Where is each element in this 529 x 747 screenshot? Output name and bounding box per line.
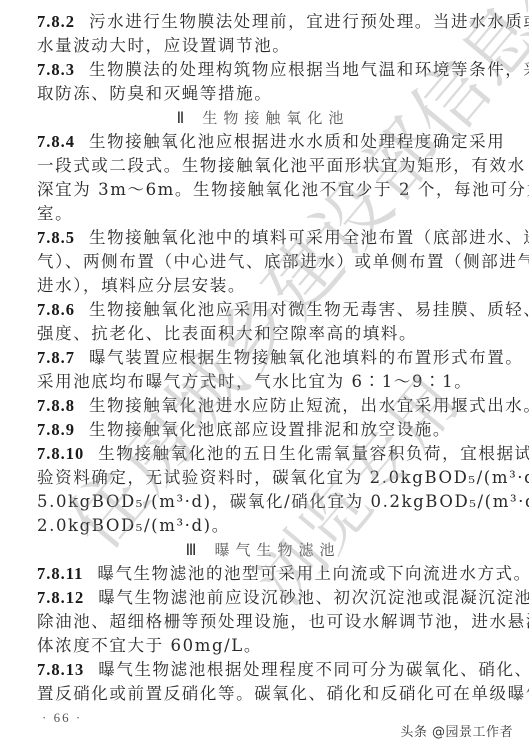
text-line: 取防冻、防臭和灭蝇等措施。 — [37, 82, 489, 106]
source-credit: 头条 @园景工作者 — [400, 721, 513, 740]
body-text: 验资料确定，无试验资料时，碳氧化宜为 2.0kgBOD₅/(m³·d)～ — [37, 468, 529, 487]
clause-text: 生物接触氧化池应根据进水水质和处理程度确定采用 — [89, 132, 505, 151]
text-line: 进水），填料应分层安装。 — [37, 274, 489, 298]
document-body: 7.8.2污水进行生物膜法处理前，宜进行预处理。当进水水质或 水量波动大时，应设… — [37, 10, 489, 706]
body-text: 一段式或二段式。生物接触氧化池平面形状宜为矩形，有效水 — [37, 156, 526, 175]
clause-text: 曝气装置应根据生物接触氧化池填料的布置形式布置。 — [89, 348, 523, 367]
clause-7-8-3-line: 7.8.3生物膜法的处理构筑物应根据当地气温和环境等条件，采 — [37, 58, 489, 82]
text-line: 2.0kgBOD₅/(m³·d)。 — [37, 514, 489, 538]
clause-text: 曝气生物滤池的池型可采用上向流或下向流进水方式。 — [97, 564, 529, 583]
body-text: 2.0kgBOD₅/(m³·d)。 — [37, 516, 230, 535]
text-line: 置反硝化或前置反硝化等。碳氧化、硝化和反硝化可在单级曝气 — [37, 682, 489, 706]
section-title: 曝气生物滤池 — [215, 541, 341, 559]
clause-text: 生物接触氧化池进水应防止短流，出水宜采用堰式出水。 — [89, 396, 529, 415]
text-line: 水量波动大时，应设置调节池。 — [37, 34, 489, 58]
section-roman-numeral: Ⅱ — [177, 110, 185, 127]
text-line: 室。 — [37, 202, 489, 226]
body-text: 体浓度不宜大于 60mg/L。 — [37, 636, 262, 655]
body-text: 5.0kgBOD₅/(m³·d)，碳氧化/硝化宜为 0.2kgBOD₅/(m³·… — [37, 492, 529, 511]
clause-number: 7.8.4 — [37, 132, 75, 151]
clause-number: 7.8.5 — [37, 228, 75, 247]
page-number: · 66 · — [42, 710, 82, 726]
text-line: 气）、两侧布置（中心进气、底部进水）或单侧布置（侧部进气、上部 — [37, 250, 489, 274]
clause-7-8-9-line: 7.8.9生物接触氧化池底部应设置排泥和放空设施。 — [37, 418, 489, 442]
clause-number: 7.8.6 — [37, 300, 75, 319]
clause-number: 7.8.8 — [37, 396, 75, 415]
body-text: 室。 — [37, 204, 73, 223]
clause-7-8-11-line: 7.8.11曝气生物滤池的池型可采用上向流或下向流进水方式。 — [37, 562, 489, 586]
section-roman-numeral: Ⅲ — [185, 542, 196, 559]
clause-number: 7.8.10 — [37, 444, 84, 463]
clause-number: 7.8.7 — [37, 348, 75, 367]
body-text: 气）、两侧布置（中心进气、底部进水）或单侧布置（侧部进气、上部 — [37, 252, 529, 271]
clause-text: 生物接触氧化池应采用对微生物无毒害、易挂膜、质轻、高 — [89, 300, 529, 319]
clause-text: 生物接触氧化池的五日生化需氧量容积负荷，宜根据试 — [98, 444, 529, 463]
text-line: 5.0kgBOD₅/(m³·d)，碳氧化/硝化宜为 0.2kgBOD₅/(m³·… — [37, 490, 489, 514]
text-line: 体浓度不宜大于 60mg/L。 — [37, 634, 489, 658]
text-line: 深宜为 3m～6m。生物接触氧化池不宜少于 2 个，每池可分为两 — [37, 178, 489, 202]
clause-7-8-5-line: 7.8.5生物接触氧化池中的填料可采用全池布置（底部进水、进 — [37, 226, 489, 250]
clause-number: 7.8.13 — [37, 660, 84, 679]
clause-7-8-13-line: 7.8.13曝气生物滤池根据处理程度不同可分为碳氧化、硝化、后 — [37, 658, 489, 682]
body-text: 除油池、超细格栅等预处理设施，也可设水解调节池，进水悬浮固 — [37, 612, 529, 631]
clause-7-8-7-line: 7.8.7曝气装置应根据生物接触氧化池填料的布置形式布置。 — [37, 346, 489, 370]
clause-text: 生物接触氧化池中的填料可采用全池布置（底部进水、进 — [89, 228, 529, 247]
clause-7-8-12-line: 7.8.12曝气生物滤池前应设沉砂池、初次沉淀池或混凝沉淀池、 — [37, 586, 489, 610]
text-line: 一段式或二段式。生物接触氧化池平面形状宜为矩形，有效水 — [37, 154, 489, 178]
clause-text: 生物接触氧化池底部应设置排泥和放空设施。 — [89, 420, 451, 439]
clause-7-8-10-line: 7.8.10生物接触氧化池的五日生化需氧量容积负荷，宜根据试 — [37, 442, 489, 466]
body-text: 取防冻、防臭和灭蝇等措施。 — [37, 84, 272, 103]
body-text: 强度、抗老化、比表面积大和空隙率高的填料。 — [37, 324, 417, 343]
body-text: 采用池底均布曝气方式时，气水比宜为 6∶1～9∶1。 — [37, 372, 472, 391]
clause-7-8-6-line: 7.8.6生物接触氧化池应采用对微生物无毒害、易挂膜、质轻、高 — [37, 298, 489, 322]
section-heading-iii: Ⅲ曝气生物滤池 — [37, 538, 489, 562]
clause-number: 7.8.9 — [37, 420, 75, 439]
section-heading-ii: Ⅱ生物接触氧化池 — [37, 106, 489, 130]
clause-7-8-8-line: 7.8.8生物接触氧化池进水应防止短流，出水宜采用堰式出水。 — [37, 394, 489, 418]
clause-number: 7.8.12 — [37, 588, 84, 607]
clause-7-8-4-line: 7.8.4生物接触氧化池应根据进水水质和处理程度确定采用 — [37, 130, 489, 154]
clause-text: 曝气生物滤池根据处理程度不同可分为碳氧化、硝化、后 — [98, 660, 529, 679]
clause-number: 7.8.2 — [37, 12, 75, 31]
text-line: 强度、抗老化、比表面积大和空隙率高的填料。 — [37, 322, 489, 346]
clause-number: 7.8.3 — [37, 60, 75, 79]
clause-text: 生物膜法的处理构筑物应根据当地气温和环境等条件，采 — [89, 60, 529, 79]
clause-text: 曝气生物滤池前应设沉砂池、初次沉淀池或混凝沉淀池、 — [98, 588, 529, 607]
clause-text: 污水进行生物膜法处理前，宜进行预处理。当进水水质或 — [89, 12, 529, 31]
text-line: 除油池、超细格栅等预处理设施，也可设水解调节池，进水悬浮固 — [37, 610, 489, 634]
body-text: 进水），填料应分层安装。 — [37, 276, 246, 295]
document-page: 7.8.2污水进行生物膜法处理前，宜进行预处理。当进水水质或 水量波动大时，应设… — [0, 0, 529, 747]
clause-7-8-2-line: 7.8.2污水进行生物膜法处理前，宜进行预处理。当进水水质或 — [37, 10, 489, 34]
text-line: 验资料确定，无试验资料时，碳氧化宜为 2.0kgBOD₅/(m³·d)～ — [37, 466, 489, 490]
body-text: 水量波动大时，应设置调节池。 — [37, 36, 290, 55]
clause-number: 7.8.11 — [37, 564, 83, 583]
text-line: 采用池底均布曝气方式时，气水比宜为 6∶1～9∶1。 — [37, 370, 489, 394]
body-text: 置反硝化或前置反硝化等。碳氧化、硝化和反硝化可在单级曝气 — [37, 684, 529, 703]
section-title: 生物接触氧化池 — [202, 109, 349, 127]
body-text: 深宜为 3m～6m。生物接触氧化池不宜少于 2 个，每池可分为两 — [37, 180, 529, 199]
